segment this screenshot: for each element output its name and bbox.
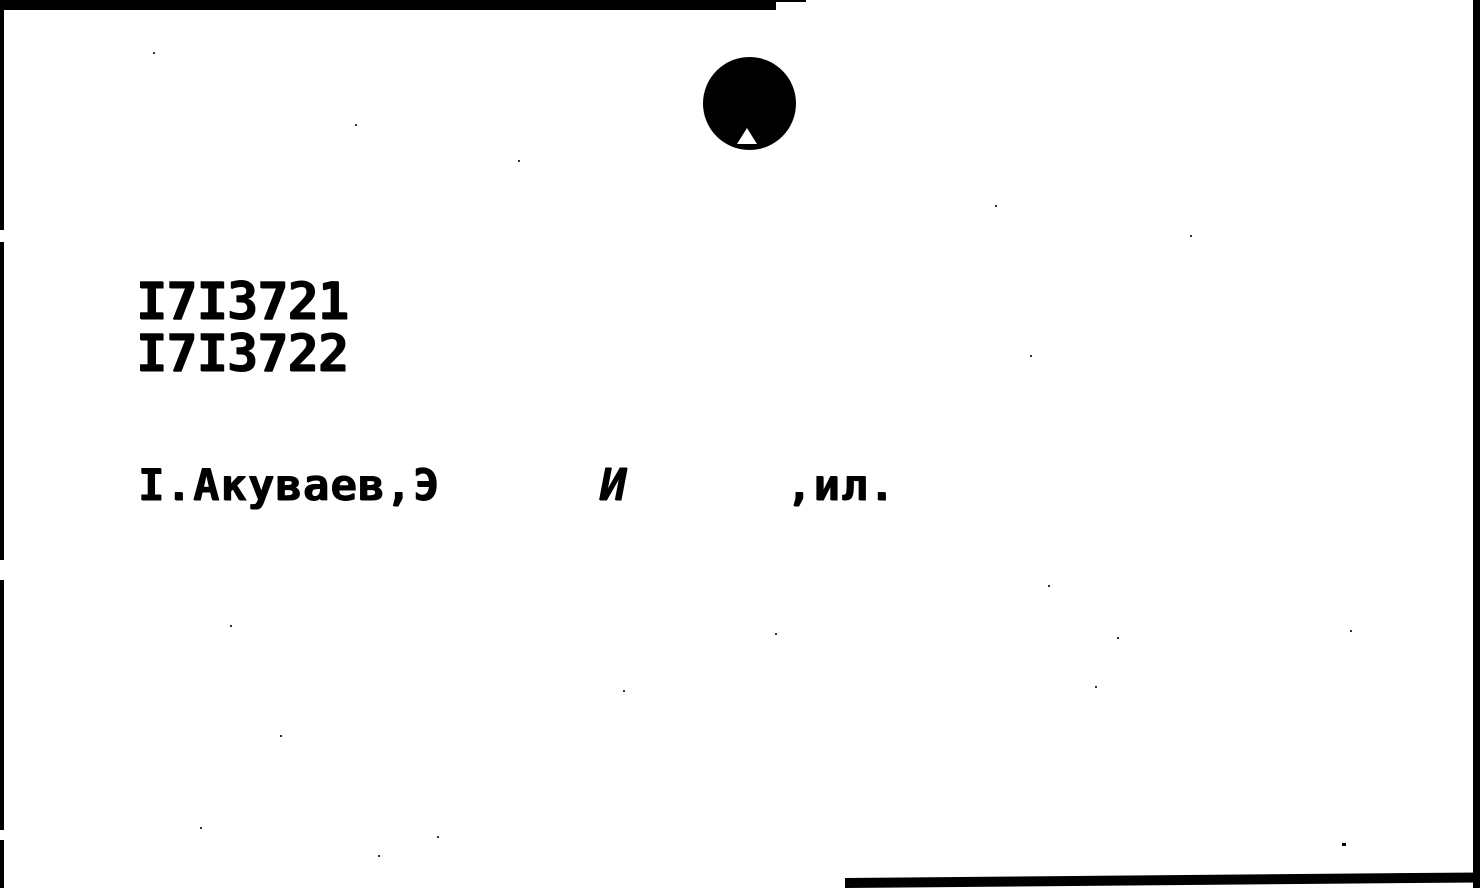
scan-border-gap — [0, 830, 4, 840]
scan-border-gap — [0, 230, 4, 242]
scan-speck — [1048, 585, 1050, 587]
catalog-card: I7I3721 I7I3722 I.Акуваев,Э И ,ил. — [0, 0, 1480, 888]
scan-speck — [1190, 235, 1192, 237]
author-initial: И — [600, 460, 628, 512]
author-entry: I.Акуваев,Э — [138, 460, 440, 512]
scan-speck — [1095, 686, 1097, 688]
scan-speck — [200, 827, 202, 829]
scan-speck — [355, 124, 357, 126]
scan-border-top — [0, 0, 776, 10]
scan-speck — [995, 205, 997, 207]
scan-speck — [1342, 843, 1346, 846]
scan-speck — [518, 160, 520, 162]
scan-speck — [1117, 637, 1119, 639]
scan-speck — [378, 855, 380, 857]
scan-border-right — [1473, 0, 1480, 888]
scan-speck — [230, 625, 232, 627]
punch-hole-notch — [737, 128, 757, 144]
scan-speck — [1030, 355, 1032, 357]
scan-border-gap — [0, 560, 4, 580]
illustrations-note: ,ил. — [786, 460, 896, 512]
scan-border-left — [0, 0, 4, 888]
scan-speck — [775, 633, 777, 635]
scan-border-bottom — [845, 872, 1480, 888]
scan-speck — [153, 52, 155, 54]
catalog-number-2: I7I3722 — [136, 328, 348, 380]
scan-border-top-tail — [776, 0, 806, 2]
scan-speck — [437, 836, 439, 838]
scan-speck — [280, 735, 282, 737]
scan-speck — [1350, 630, 1352, 632]
catalog-number-1: I7I3721 — [136, 276, 348, 328]
scan-speck — [623, 690, 625, 692]
